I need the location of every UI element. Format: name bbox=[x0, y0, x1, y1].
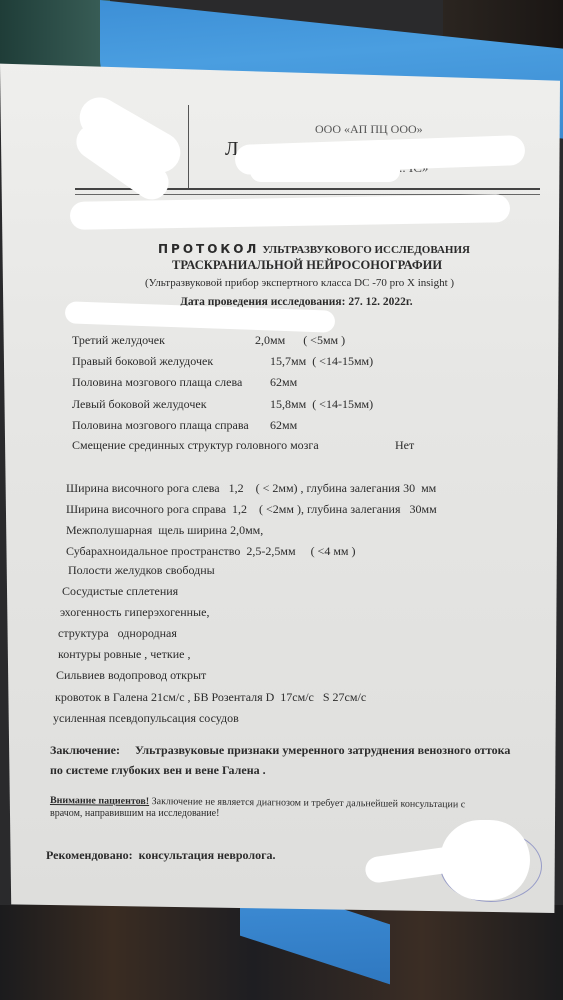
measurement-value: 62мм bbox=[270, 375, 303, 390]
recommendation: Рекомендовано: консультация невролога. bbox=[46, 848, 276, 863]
measurement-number: Нет bbox=[395, 438, 414, 452]
conclusion-text-2: по системе глубоких вен и вене Галена . bbox=[50, 763, 266, 778]
header-divider-vertical bbox=[188, 105, 189, 190]
exam-date-value: 27. 12. 2022г. bbox=[348, 296, 412, 308]
measurement-number: 62мм bbox=[270, 418, 297, 432]
org-name: ООО «АП ПЦ ООО» bbox=[315, 122, 423, 137]
device-info: (Ультразвуковой прибор экспертного класс… bbox=[145, 277, 454, 289]
measurement-number: 2,0мм bbox=[255, 333, 285, 347]
measurement-value: 62мм bbox=[270, 418, 303, 433]
finding-line: Ширина височного рога слева 1,2 ( < 2мм)… bbox=[66, 481, 436, 496]
notice-label: Внимание пациентов! bbox=[50, 795, 149, 807]
measurement-number: 15,8мм bbox=[270, 397, 306, 411]
measurement-label: Левый боковой желудочек bbox=[72, 397, 207, 412]
measurement-value: 15,7мм( <14-15мм) bbox=[270, 354, 373, 369]
measurement-label: Половина мозгового плаща слева bbox=[72, 375, 242, 390]
recommendation-label: Рекомендовано: bbox=[46, 848, 133, 862]
measurement-number: 62мм bbox=[270, 375, 297, 389]
finding-line: структура однородная bbox=[58, 626, 177, 641]
finding-line: Межполушарная щель ширина 2,0мм, bbox=[66, 523, 263, 538]
measurement-norm: ( <5мм ) bbox=[303, 333, 345, 347]
measurement-value: 15,8мм( <14-15мм) bbox=[270, 397, 373, 412]
protocol-title-rest: УЛЬТРАЗВУКОВОГО ИССЛЕДОВАНИЯ bbox=[262, 244, 470, 256]
measurement-value: Нет bbox=[395, 438, 420, 453]
finding-line: кровоток в Галена 21см/с , БВ Розенталя … bbox=[55, 690, 366, 705]
finding-line: усиленная псевдопульсация сосудов bbox=[53, 711, 239, 726]
measurement-norm: ( <14-15мм) bbox=[312, 354, 373, 368]
measurement-label: Третий желудочек bbox=[72, 333, 165, 348]
notice-line-2: врачом, направившим на исследование! bbox=[50, 808, 219, 819]
finding-line: Полости желудков свободны bbox=[68, 563, 215, 578]
conclusion: Заключение: Ультразвуковые признаки умер… bbox=[50, 743, 510, 758]
finding-line: Сосудистые сплетения bbox=[62, 584, 178, 599]
measurement-label: Смещение срединных структур головного мо… bbox=[72, 438, 319, 453]
finding-line: Субарахноидальное пространство 2,5-2,5мм… bbox=[66, 544, 356, 559]
protocol-title: ПРОТОКОЛ УЛЬТРАЗВУКОВОГО ИССЛЕДОВАНИЯ bbox=[158, 242, 470, 257]
protocol-subtitle: ТРАСКРАНИАЛЬНОЙ НЕЙРОСОНОГРАФИИ bbox=[172, 258, 442, 273]
redaction-contacts bbox=[70, 194, 510, 230]
document: ООО «АП ПЦ ООО» Л «А... IС» info@cent...… bbox=[0, 0, 563, 1000]
conclusion-text-1: Ультразвуковые признаки умеренного затру… bbox=[135, 743, 510, 757]
redaction-org-2 bbox=[250, 160, 400, 182]
finding-line: эхогенность гиперэхогенные, bbox=[60, 605, 209, 620]
protocol-word: ПРОТОКОЛ bbox=[158, 242, 259, 256]
measurement-value: 2,0мм( <5мм ) bbox=[255, 333, 345, 348]
measurement-label: Правый боковой желудочек bbox=[72, 354, 213, 369]
conclusion-label: Заключение: bbox=[50, 743, 120, 757]
redaction-stamp bbox=[440, 820, 530, 900]
finding-line: Ширина височного рога справа 1,2 ( <2мм … bbox=[66, 502, 437, 517]
measurement-label: Половина мозгового плаща справа bbox=[72, 418, 249, 433]
recommendation-text: консультация невролога. bbox=[139, 848, 276, 862]
finding-line: Сильвиев водопровод открыт bbox=[56, 668, 206, 683]
finding-line: контуры ровные , четкие , bbox=[58, 647, 190, 662]
measurement-number: 15,7мм bbox=[270, 354, 306, 368]
measurement-norm: ( <14-15мм) bbox=[312, 397, 373, 411]
